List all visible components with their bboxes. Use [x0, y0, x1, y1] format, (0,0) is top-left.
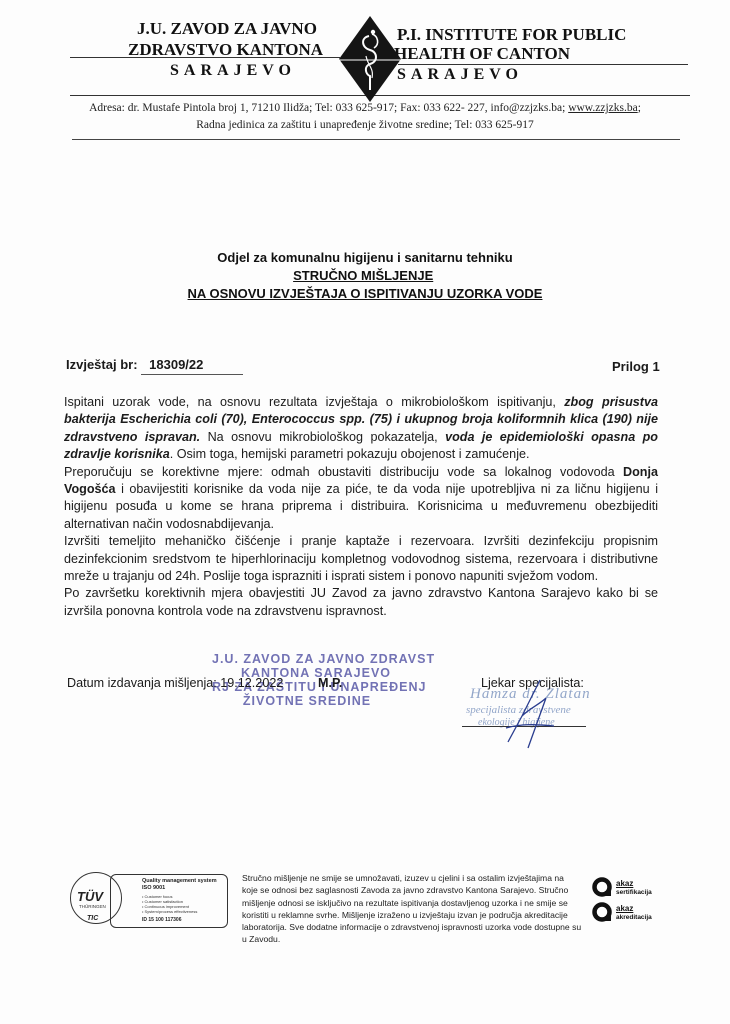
document-subtitle: NA OSNOVU IZVJEŠTAJA O ISPITIVANJU UZORK… — [0, 286, 730, 301]
website-link[interactable]: www.zzjzks.ba — [568, 102, 638, 114]
attachment-label: Prilog 1 — [612, 359, 660, 374]
address-line: Adresa: dr. Mustafe Pintola broj 1, 7121… — [0, 102, 730, 114]
akaz-certification-badge: akaz sertifikacija — [592, 877, 614, 904]
issue-date-label: Datum izdavanja mišljenja: — [67, 676, 217, 690]
document-title: STRUČNO MIŠLJENJE — [0, 268, 730, 283]
department-heading: Odjel za komunalnu higijenu i sanitarnu … — [0, 250, 730, 265]
institute-city-bs: SARAJEVO — [170, 62, 296, 80]
paragraph-findings: Ispitani uzorak vode, na osnovu rezultat… — [64, 394, 658, 464]
report-number-value: 18309/22 — [141, 357, 243, 375]
issue-date-row: Datum izdavanja mišljenja: 19.12.2022 — [67, 676, 283, 690]
report-number-label: Izvještaj br: — [66, 357, 138, 372]
akaz-q-icon — [592, 902, 614, 924]
tuv-bullets: • Customer focus • Customer satisfaction… — [142, 894, 197, 914]
akaz-q-icon — [592, 877, 614, 899]
seal-label: M.P. — [318, 676, 342, 690]
unit-contact-line: Radna jedinica za zaštitu i unapređenje … — [0, 119, 730, 131]
opinion-body: Ispitani uzorak vode, na osnovu rezultat… — [64, 394, 658, 620]
letterhead-rule-right — [398, 64, 688, 65]
paragraph-corrective-measures: Preporučuju se korektivne mjere: odmah o… — [64, 464, 658, 534]
akaz-accreditation-badge: akaz akreditacija — [592, 902, 614, 929]
tuv-certification-badge: TÜV THÜRINGEN TIC Quality management sys… — [70, 872, 230, 932]
paragraph-follow-up: Po završetku korektivnih mjera obavjesti… — [64, 585, 658, 620]
footer-disclaimer: Stručno mišljenje ne smije se umnožavati… — [242, 872, 582, 946]
signature-scribble-icon — [500, 678, 570, 750]
institute-name-bs-line1: J.U. ZAVOD ZA JAVNO — [137, 19, 317, 39]
letterhead-rule-left — [70, 57, 340, 58]
institute-name-en-line2: HEALTH OF CANTON — [394, 44, 570, 64]
address-rule — [72, 139, 680, 140]
report-number-row: Izvještaj br: 18309/22 — [66, 357, 243, 372]
akaz-badges: akaz sertifikacija akaz akreditacija — [592, 877, 667, 933]
institute-name-en-line1: P.I. INSTITUTE FOR PUBLIC — [397, 25, 626, 45]
paragraph-cleaning: Izvršiti temeljito mehaničko čišćenje i … — [64, 533, 658, 585]
issue-date-value: 19.12.2022 — [220, 676, 283, 690]
caduceus-diamond-icon — [338, 16, 402, 102]
institute-city-en: SARAJEVO — [397, 66, 523, 84]
